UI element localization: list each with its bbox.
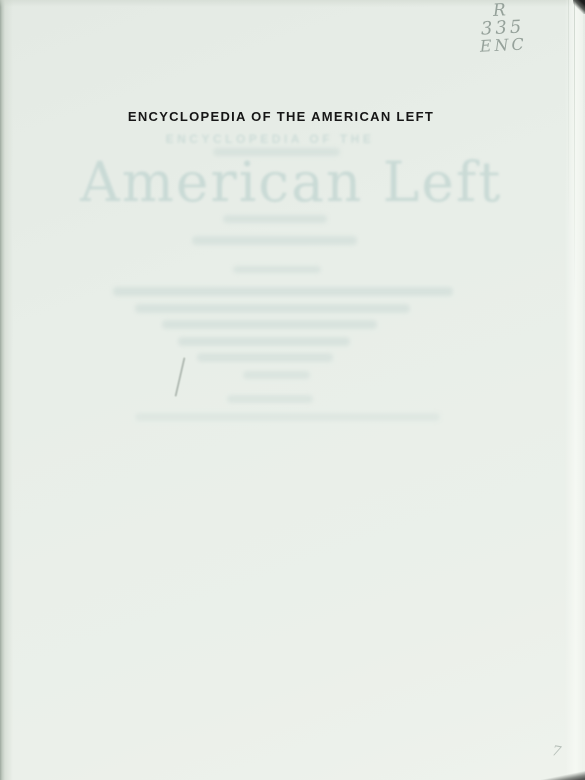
page-edge-streak xyxy=(568,0,569,230)
show-through-line xyxy=(162,320,377,329)
show-through-line xyxy=(135,413,440,421)
stray-pencil-mark xyxy=(175,357,186,396)
show-through-line xyxy=(197,353,333,362)
show-through-line xyxy=(135,304,410,313)
scanned-book-page: R 335 ENC ENCYCLOPEDIA OF THE AMERICAN L… xyxy=(0,0,585,780)
scan-shadow-bottom-right-corner xyxy=(541,771,585,780)
library-call-number: R 335 ENC xyxy=(476,0,549,62)
show-through-line xyxy=(213,148,340,156)
show-through-line xyxy=(223,215,327,223)
show-through-line xyxy=(192,236,357,245)
corner-pencil-mark: 7 xyxy=(551,743,567,761)
show-through-series-title: ENCYCLOPEDIA OF THE xyxy=(120,132,420,146)
scan-shadow-top-right-corner xyxy=(573,0,585,14)
page-left-edge-shadow xyxy=(0,0,13,780)
show-through-line xyxy=(113,287,453,296)
show-through-line xyxy=(233,266,321,273)
half-title-text: ENCYCLOPEDIA OF THE AMERICAN LEFT xyxy=(100,109,462,124)
show-through-line xyxy=(178,337,350,346)
call-number-line-3: ENC xyxy=(479,34,527,55)
show-through-line xyxy=(227,395,313,403)
show-through-main-title: American Left xyxy=(80,150,482,214)
page-edge-streak xyxy=(574,0,575,300)
show-through-line xyxy=(243,371,310,379)
